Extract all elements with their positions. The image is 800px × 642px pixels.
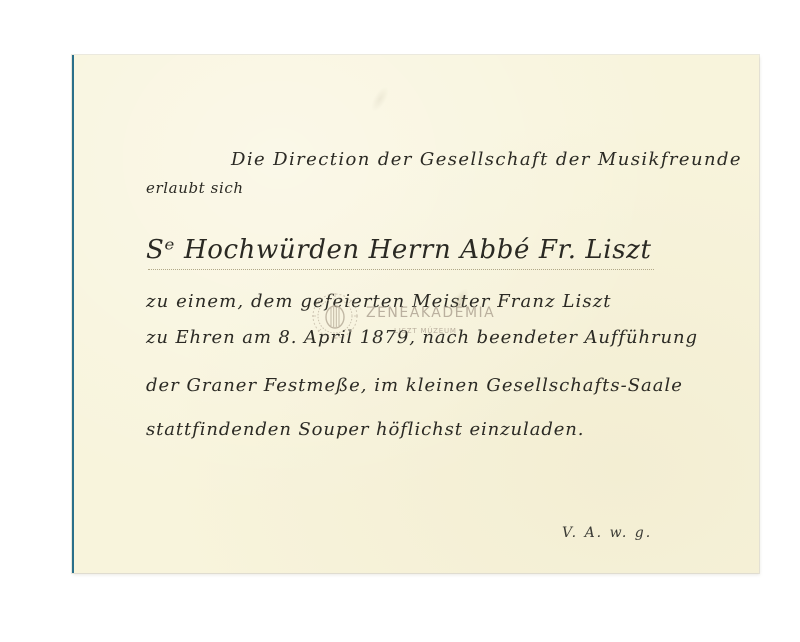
watermark-title: ZENEAKADÉMIA: [366, 305, 495, 321]
paper-smudge: [368, 84, 392, 114]
museum-watermark: ZENEAKADÉMIA LISZT MÚZEUM: [310, 291, 540, 351]
scan-background: Die Direction der Gesellschaft der Musik…: [0, 0, 800, 642]
watermark-subtitle: LISZT MÚZEUM: [394, 327, 457, 335]
guest-name-dotted-rule: [148, 269, 654, 270]
rsvp-note: V. A. w. g.: [562, 525, 652, 541]
invitation-card: Die Direction der Gesellschaft der Musik…: [72, 55, 759, 573]
invitation-line-6: der Graner Festmeße, im kleinen Gesellsc…: [146, 375, 683, 396]
invitation-line-1: Die Direction der Gesellschaft der Musik…: [231, 149, 742, 170]
invitation-line-2: erlaubt sich: [146, 179, 244, 197]
lyre-wreath-icon: [310, 291, 360, 341]
guest-name: Sᵉ Hochwürden Herrn Abbé Fr. Liszt: [146, 235, 652, 265]
invitation-line-7: stattfindenden Souper höflichst einzulad…: [146, 419, 584, 440]
